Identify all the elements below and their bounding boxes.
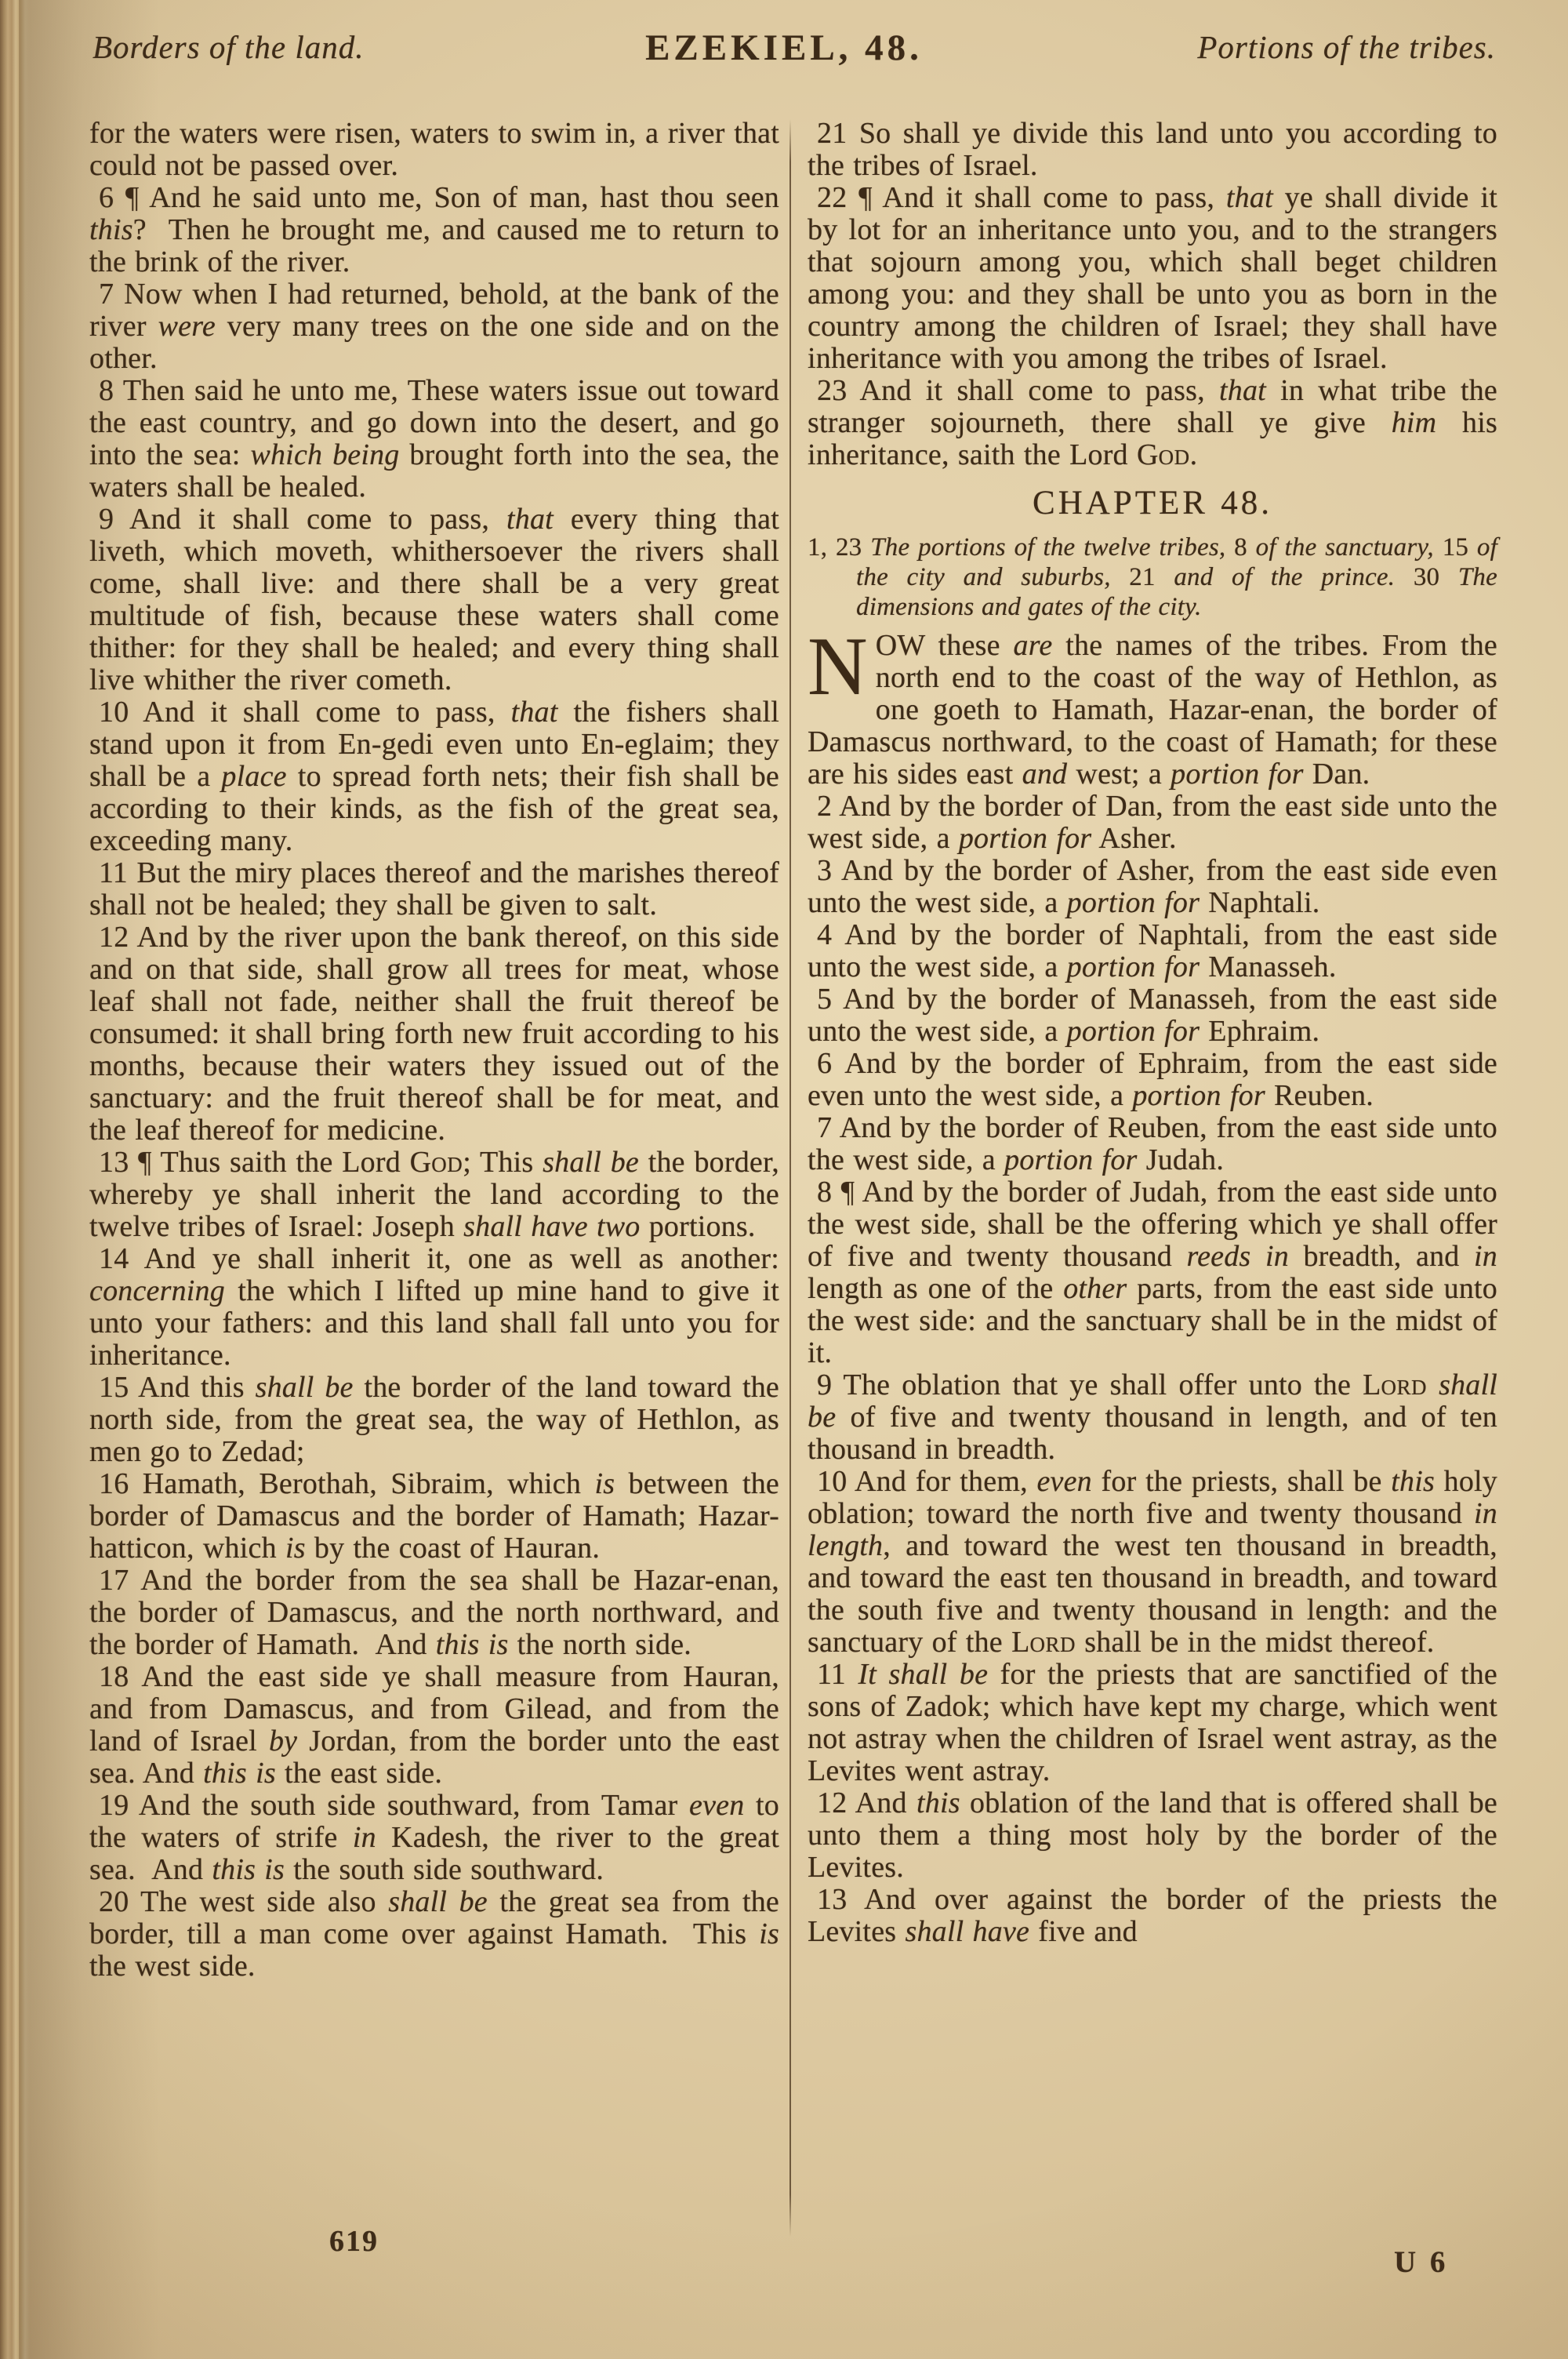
verse-48-8: 8 ¶ And by the border of Judah, from the… (808, 1176, 1497, 1369)
chapter-48-summary: 1, 23 The portions of the twelve tribes,… (808, 533, 1497, 622)
verse-48-9: 9 The oblation that ye shall offer unto … (808, 1369, 1497, 1466)
verse-48-1: NOW these are the names of the tribes. F… (808, 630, 1497, 791)
drop-cap-initial: N (808, 634, 868, 700)
verse-48-6: 6 And by the border of Ephraim, from the… (808, 1048, 1497, 1112)
bible-page: Borders of the land. EZEKIEL, 48. Portio… (0, 0, 1568, 2359)
chapter-48-heading: CHAPTER 48. (808, 485, 1497, 522)
verse-47-5-continuation: for the waters were risen, waters to swi… (89, 118, 779, 182)
verse-47-15: 15 And this shall be the border of the l… (89, 1372, 779, 1468)
verse-47-22: 22 ¶ And it shall come to pass, that ye … (808, 182, 1497, 375)
verse-47-17: 17 And the border from the sea shall be … (89, 1565, 779, 1661)
verse-47-20: 20 The west side also shall be the great… (89, 1886, 779, 1983)
running-head-right: Portions of the tribes. (1197, 28, 1496, 66)
book-gutter-page-edges (0, 0, 30, 2359)
verse-47-11: 11 But the miry places thereof and the m… (89, 857, 779, 921)
verse-48-4: 4 And by the border of Naphtali, from th… (808, 919, 1497, 983)
verse-48-3: 3 And by the border of Asher, from the e… (808, 855, 1497, 919)
verse-47-7: 7 Now when I had returned, behold, at th… (89, 278, 779, 375)
page-number: 619 (329, 2224, 379, 2259)
verse-48-5: 5 And by the border of Manasseh, from th… (808, 983, 1497, 1048)
verse-47-14: 14 And ye shall inherit it, one as well … (89, 1243, 779, 1372)
verse-47-16: 16 Hamath, Berothah, Sibraim, which is b… (89, 1468, 779, 1565)
verse-48-2: 2 And by the border of Dan, from the eas… (808, 791, 1497, 855)
verse-48-11: 11 It shall be for the priests that are … (808, 1659, 1497, 1787)
verse-48-12: 12 And this oblation of the land that is… (808, 1787, 1497, 1884)
verse-47-12: 12 And by the river upon the bank thereo… (89, 921, 779, 1147)
column-divider-rule (789, 119, 791, 2237)
text-column-left: for the waters were risen, waters to swi… (89, 118, 779, 1983)
verse-47-8: 8 Then said he unto me, These waters iss… (89, 375, 779, 503)
verse-47-19: 19 And the south side southward, from Ta… (89, 1790, 779, 1886)
verse-47-18: 18 And the east side ye shall measure fr… (89, 1661, 779, 1790)
printer-signature-mark: U 6 (1394, 2245, 1448, 2280)
verse-47-23: 23 And it shall come to pass, that in wh… (808, 375, 1497, 471)
verse-48-13: 13 And over against the border of the pr… (808, 1884, 1497, 1948)
verse-47-9: 9 And it shall come to pass, that every … (89, 503, 779, 696)
verse-47-21: 21 So shall ye divide this land unto you… (808, 118, 1497, 182)
text-column-right: 21 So shall ye divide this land unto you… (808, 118, 1497, 1948)
verse-48-10: 10 And for them, even for the priests, s… (808, 1466, 1497, 1659)
verse-47-13: 13 ¶ Thus saith the Lord God; This shall… (89, 1147, 779, 1243)
verse-48-7: 7 And by the border of Reuben, from the … (808, 1112, 1497, 1176)
verse-47-10: 10 And it shall come to pass, that the f… (89, 696, 779, 857)
verse-47-6: 6 ¶ And he said unto me, Son of man, has… (89, 182, 779, 278)
